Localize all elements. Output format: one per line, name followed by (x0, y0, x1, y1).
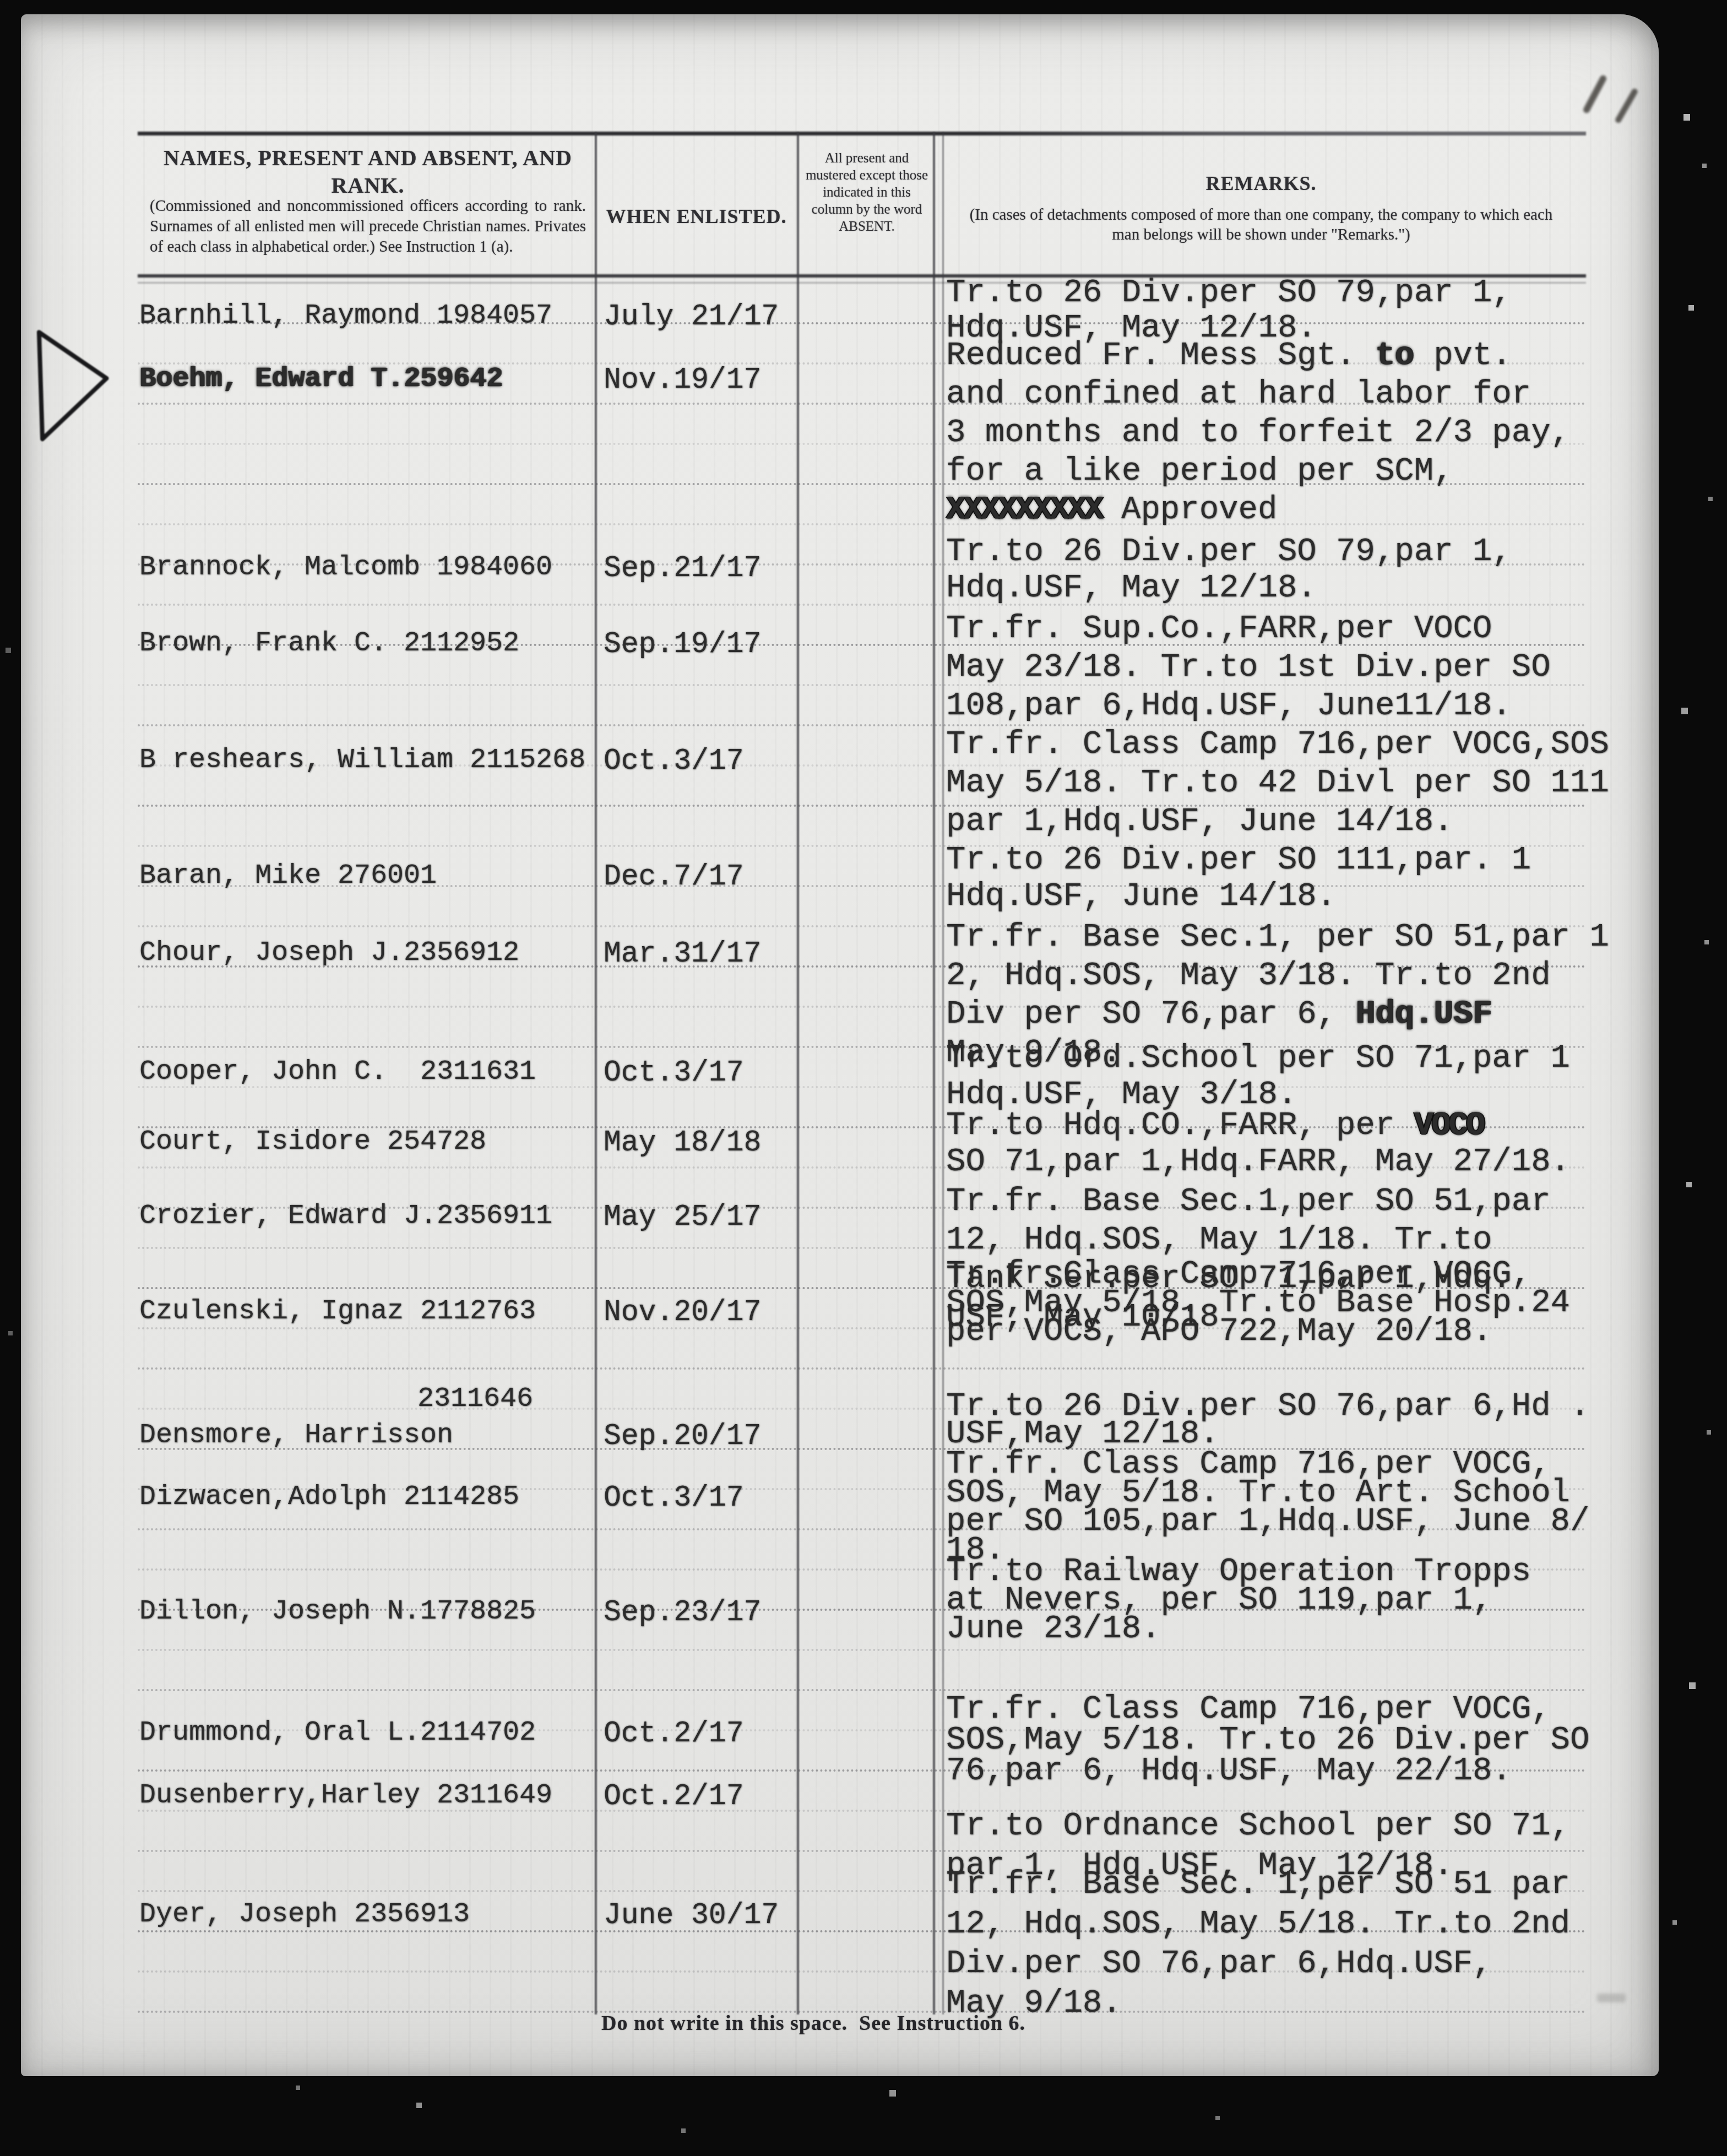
ruled-line (138, 1367, 1586, 1370)
entry-name: Cooper, John C. 2311631 (139, 1056, 536, 1088)
entry-enlist-date: Sep.20/17 (604, 1420, 761, 1453)
entry-enlist-date: Oct.3/17 (604, 1056, 743, 1089)
film-specks (0, 0, 1, 1)
entry-enlist-date: Nov.20/17 (604, 1296, 761, 1329)
entry-name: B reshears, William 2115268 (139, 745, 585, 776)
entry-enlist-date: Sep.19/17 (604, 628, 761, 661)
ruled-line (138, 523, 1586, 525)
handwritten-page-number (1586, 69, 1652, 135)
remarks-column-subheader: (In cases of detachments composed of mor… (956, 205, 1566, 245)
entry-enlist-date: May 25/17 (604, 1201, 761, 1234)
column-divider-names-enlisted (595, 132, 597, 2014)
entry-enlist-date: Oct.2/17 (604, 1717, 743, 1750)
entry-name: Czulenski, Ignaz 2112763 (139, 1296, 536, 1327)
entry-name: Dizwacen,Adolph 2114285 (139, 1481, 519, 1513)
entry-enlist-date: June 30/17 (604, 1899, 779, 1932)
entry-enlist-date: Oct.3/17 (604, 745, 743, 778)
entry-name: Densmore, Harrisson (139, 1420, 453, 1451)
column-divider-absent-remarks-double (942, 132, 944, 2014)
entry-name: Dyer, Joseph 2356913 (139, 1899, 470, 1930)
names-column-subheader: (Commissioned and noncommissioned office… (150, 196, 586, 257)
entry-enlist-date: Sep.23/17 (604, 1596, 761, 1629)
remarks-column-header: REMARKS. (936, 172, 1586, 195)
table-top-rule (138, 132, 1586, 135)
entry-name: Barnhill, Raymond 1984057 (139, 300, 552, 332)
entry-name: Court, Isidore 254728 (139, 1126, 486, 1158)
entry-name: Baran, Mike 276001 (139, 860, 437, 892)
form-print-smudge (1597, 1994, 1626, 2002)
entry-name: Chour, Joseph J.2356912 (139, 937, 519, 969)
column-divider-absent-remarks (933, 132, 935, 2014)
entry-name: Brannock, Malcomb 1984060 (139, 552, 552, 583)
entry-enlist-date: July 21/17 (604, 300, 779, 333)
names-column-header: NAMES, PRESENT AND ABSENT, AND RANK. (139, 144, 596, 199)
entry-name: Brown, Frank C. 2112952 (139, 628, 519, 659)
ruled-line (138, 1649, 1586, 1651)
entry-enlist-date: Dec.7/17 (604, 860, 743, 893)
ruled-line (138, 604, 1586, 606)
when-enlisted-column-header: WHEN ENLISTED. (596, 205, 797, 228)
entry-enlist-date: Nov.19/17 (604, 363, 761, 397)
entry-name: Dillon, Joseph N.1778825 (139, 1596, 536, 1627)
pencil-stroke (1582, 74, 1607, 115)
entry-enlist-date: May 18/18 (604, 1126, 761, 1159)
strikeout-text: XXXXXXXXX (946, 491, 1102, 528)
do-not-write-note: Do not write in this space. See Instruct… (601, 2011, 1025, 2035)
entry-name: Dusenberry,Harley 2311649 (139, 1780, 552, 1811)
overstruck-text: to (1375, 337, 1414, 374)
overstruck-text: Hdq.USF (1356, 996, 1492, 1033)
pencil-stroke (1614, 88, 1639, 124)
entry-enlist-date: Oct.2/17 (604, 1780, 743, 1813)
absent-column-note: All present and mustered except those in… (802, 150, 932, 235)
entry-service-number: 2311646 (417, 1383, 533, 1415)
scanned-muster-roll-photo: NAMES, PRESENT AND ABSENT, AND RANK. (Co… (0, 0, 1727, 2156)
handwritten-triangle-mark (31, 324, 120, 447)
entry-name: Drummond, Oral L.2114702 (139, 1717, 536, 1748)
entry-enlist-date: Mar.31/17 (604, 937, 761, 970)
strikeout-text: VOCO (1414, 1107, 1484, 1144)
entry-name: Crozier, Edward J.2356911 (139, 1201, 552, 1232)
column-divider-enlisted-absent (797, 132, 799, 2014)
entry-enlist-date: Sep.21/17 (604, 552, 761, 585)
entry-enlist-date: Oct.3/17 (604, 1481, 743, 1514)
entry-name: Boehm, Edward T.259642 (139, 363, 503, 395)
